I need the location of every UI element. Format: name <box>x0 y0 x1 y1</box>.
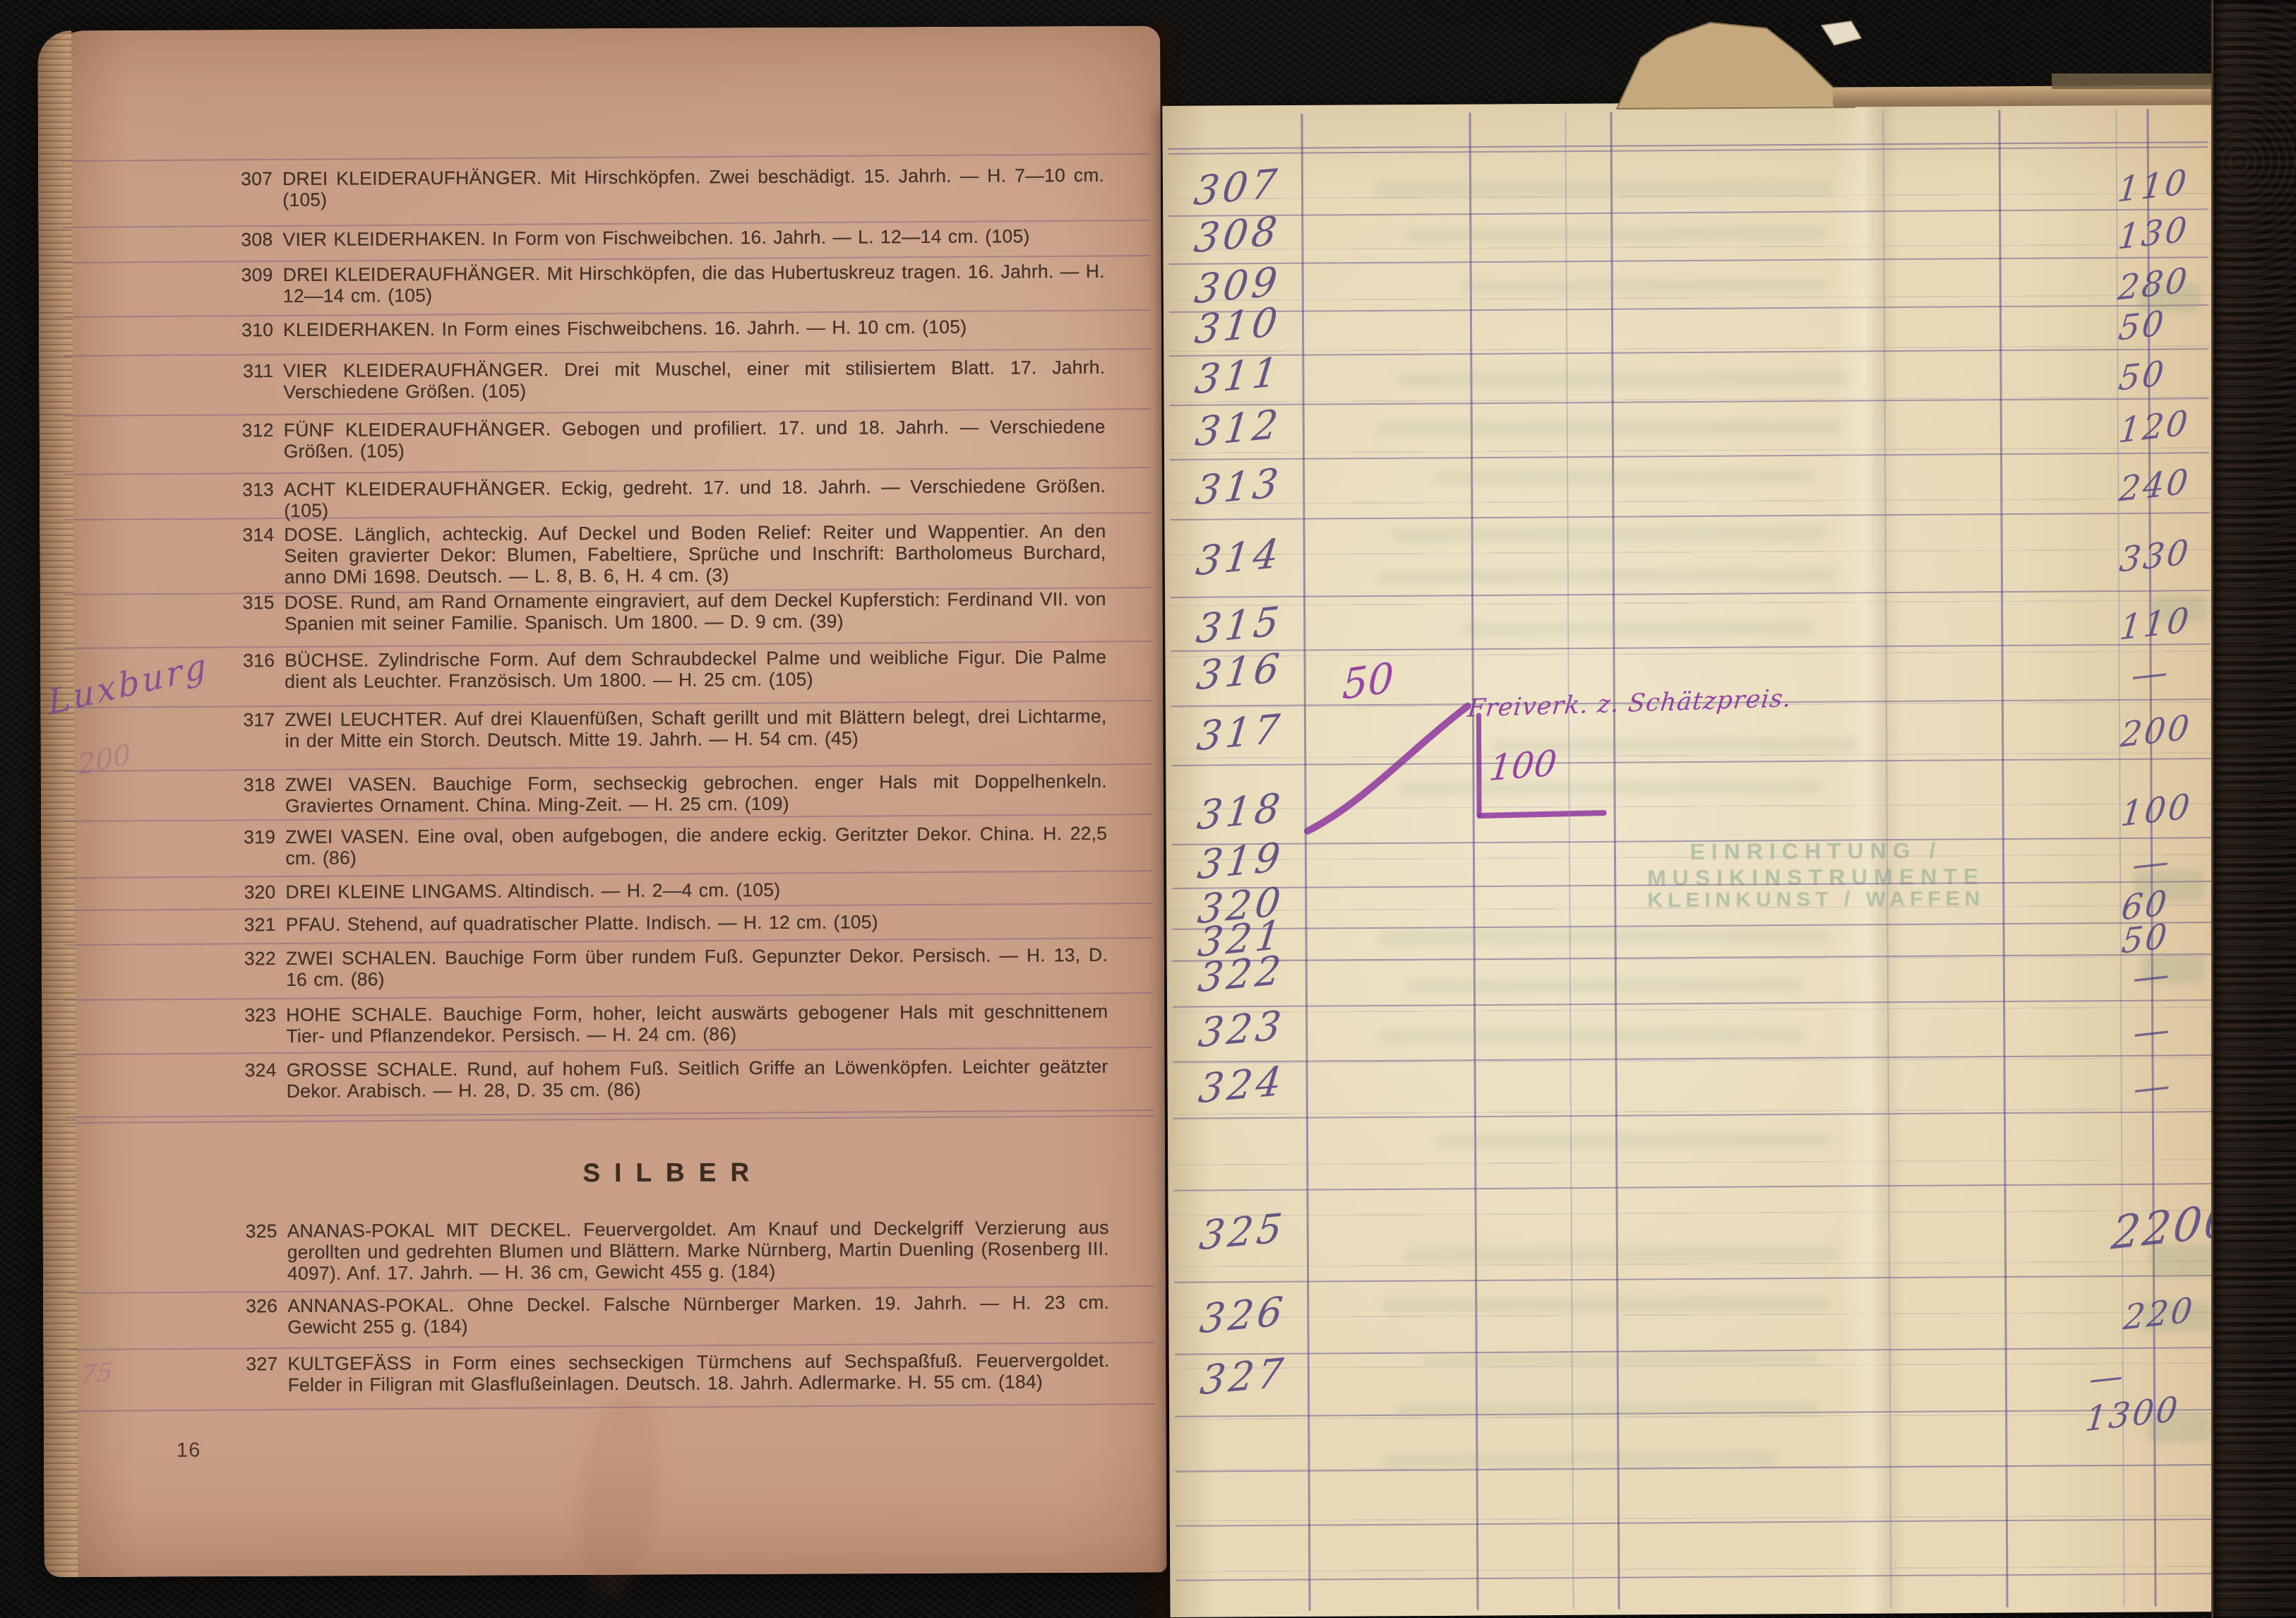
bleedthrough-smudge <box>1375 180 1834 198</box>
catalog-entry-description: ANNANAS-POKAL. Ohne Deckel. Falsche Nürn… <box>287 1292 1109 1338</box>
catalog-entry: 316BÜCHSE. Zylindrische Form. Auf dem Sc… <box>235 646 1106 692</box>
bleedthrough-smudge <box>1436 1134 1831 1148</box>
catalog-entry: 309DREI KLEIDERAUFHÄNGER. Mit Hirschköpf… <box>234 261 1105 307</box>
catalog-entry-description: HOHE SCHALE. Bauchige Form, hoher, leich… <box>286 1001 1108 1047</box>
catalog-entry-description: DREI KLEINE LINGAMS. Altindisch. — H. 2—… <box>285 878 1107 903</box>
catalog-entry-description: VIER KLEIDERHAKEN. In Form von Fischweib… <box>282 225 1104 250</box>
catalog-entry: 322ZWEI SCHALEN. Bauchige Form über rund… <box>237 944 1108 990</box>
catalog-entry: 311VIER KLEIDERAUFHÄNGER. Drei mit Musch… <box>234 357 1105 403</box>
ruled-line <box>64 408 1151 417</box>
bleedthrough-smudge <box>1379 1028 1802 1042</box>
catalog-entry-lot-number: 325 <box>238 1220 277 1242</box>
bleedthrough-smudge <box>1399 780 1822 795</box>
bleedthrough-heading-2: KLEINKUNST / WAFFEN <box>1519 886 2112 913</box>
bleedthrough-smudge <box>1377 569 1836 583</box>
bleedthrough-smudge <box>1433 470 1814 484</box>
catalog-entry-lot-number: 313 <box>234 479 274 500</box>
catalog-entry-lot-number: 319 <box>236 826 275 847</box>
ruled-line <box>66 992 1153 1001</box>
catalog-entry-description: GROSSE SCHALE. Rund, auf hohem Fuß. Seit… <box>287 1056 1108 1102</box>
catalog-entry: 320DREI KLEINE LINGAMS. Altindisch. — H.… <box>236 878 1107 903</box>
catalog-entry-lot-number: 314 <box>234 524 274 545</box>
catalog-entry-lot-number: 321 <box>237 914 276 935</box>
catalog-entry-lot-number: 311 <box>234 360 273 381</box>
ruled-line <box>66 1047 1154 1055</box>
catalog-entry: 321PFAU. Stehend, auf quadratischer Plat… <box>237 910 1108 935</box>
catalog-entry: 310KLEIDERHAKEN. In Form eines Fischweib… <box>234 316 1105 340</box>
bleedthrough-smudge <box>1460 279 1827 294</box>
ruled-line <box>64 467 1151 475</box>
catalog-entry: 323HOHE SCHALE. Bauchige Form, hoher, le… <box>237 1001 1108 1047</box>
catalog-entry-description: ZWEI VASEN. Eine oval, oben aufgebogen, … <box>285 823 1107 869</box>
catalog-entry-description: FÜNF KLEIDERAUFHÄNGER. Gebogen und profi… <box>284 416 1106 462</box>
catalog-entry: 318ZWEI VASEN. Bauchige Form, sechseckig… <box>236 771 1107 816</box>
annotation-bracket-vertical <box>1476 713 1482 818</box>
catalog-entry-description: ZWEI LEUCHTER. Auf drei Klauenfüßen, Sch… <box>285 706 1106 751</box>
catalog-entry-description: DOSE. Rund, am Rand Ornamente eingravier… <box>285 588 1106 634</box>
catalog-entry-lot-number: 309 <box>234 264 273 285</box>
page-number: 16 <box>177 1439 201 1462</box>
catalog-entry: 325ANANAS-POKAL MIT DECKEL. Feuervergold… <box>238 1217 1109 1284</box>
bleedthrough-smudge <box>1407 978 1802 993</box>
section-heading: SILBER <box>237 1156 1108 1189</box>
catalog-entry-description: KULTGEFÄSS in Form eines sechseckigen Tü… <box>287 1350 1109 1396</box>
catalog-entry-lot-number: 308 <box>233 229 273 250</box>
left-page: SILBER 16 Luxburg 200 75 307DREI KLEIDER… <box>37 26 1167 1578</box>
ruled-line <box>62 153 1149 162</box>
bleedthrough-smudge <box>1381 1451 1776 1466</box>
catalog-entry: 313ACHT KLEIDERAUFHÄNGER. Eckig, gedreht… <box>234 475 1106 521</box>
book-cover-edge <box>2211 0 2296 1618</box>
catalog-entry-description: DOSE. Länglich, achteckig. Auf Deckel un… <box>284 521 1106 588</box>
catalog-entry: 312FÜNF KLEIDERAUFHÄNGER. Gebogen und pr… <box>234 416 1106 462</box>
catalog-entry-lot-number: 323 <box>237 1004 276 1025</box>
bleedthrough-smudge <box>1423 1352 1819 1367</box>
catalog-entry-lot-number: 310 <box>234 319 273 340</box>
catalog-entry-lot-number: 315 <box>235 592 275 613</box>
catalog-entry-lot-number: 312 <box>234 420 274 441</box>
catalog-entry-lot-number: 307 <box>233 168 273 189</box>
annotation-crossed-price: 50 <box>1341 653 1394 710</box>
bleedthrough-smudge <box>1490 738 1858 753</box>
ruled-line <box>67 1342 1154 1350</box>
ruled-line <box>65 870 1152 879</box>
ledger-price: —1300 <box>2083 1347 2204 1439</box>
catalog-entry-description: DREI KLEIDERAUFHÄNGER. Mit Hirschköpfen,… <box>283 261 1105 307</box>
catalog-entry-description: DREI KLEIDERAUFHÄNGER. Mit Hirschköpfen.… <box>282 165 1104 210</box>
margin-note-faint-200: 200 <box>77 738 132 783</box>
catalog-entry-description: VIER KLEIDERAUFHÄNGER. Drei mit Muschel,… <box>283 357 1105 403</box>
catalog-entry-lot-number: 320 <box>236 881 275 903</box>
catalog-entry-description: KLEIDERHAKEN. In Form eines Fischweibche… <box>283 316 1105 340</box>
catalog-entry-lot-number: 326 <box>238 1295 277 1316</box>
catalog-entry-description: ZWEI SCHALEN. Bauchige Form über rundem … <box>286 944 1108 990</box>
catalog-entry: 307DREI KLEIDERAUFHÄNGER. Mit Hirschköpf… <box>233 165 1104 210</box>
book-photo: SILBER 16 Luxburg 200 75 307DREI KLEIDER… <box>0 0 2296 1618</box>
catalog-entry: 327KULTGEFÄSS in Form eines sechseckigen… <box>238 1350 1109 1396</box>
catalog-entry-lot-number: 327 <box>238 1353 277 1374</box>
ruled-line <box>66 903 1153 911</box>
catalog-entry: 308VIER KLEIDERHAKEN. In Form von Fischw… <box>233 225 1104 250</box>
catalog-entry: 326ANNANAS-POKAL. Ohne Deckel. Falsche N… <box>238 1292 1109 1338</box>
bleedthrough-smudge <box>1379 929 1831 945</box>
catalog-entry-description: PFAU. Stehend, auf quadratischer Platte.… <box>286 910 1108 935</box>
ruled-line <box>63 348 1150 357</box>
bleedthrough-smudge <box>1401 1247 1839 1263</box>
water-stain <box>569 1387 670 1600</box>
catalog-entry: 315DOSE. Rund, am Rand Ornamente eingrav… <box>235 588 1106 634</box>
catalog-entry-lot-number: 318 <box>236 774 275 795</box>
catalog-entry-description: ZWEI VASEN. Bauchige Form, sechseckig ge… <box>285 771 1107 816</box>
right-page: EINRICHTUNG / MUSIKINSTRUMENTE KLEINKUNS… <box>1162 100 2219 1617</box>
page-stack-top-strip-2 <box>2052 73 2225 89</box>
bleedthrough-smudge <box>1395 1402 1819 1417</box>
catalog-entry-description: ANANAS-POKAL MIT DECKEL. Feuervergoldet.… <box>287 1217 1109 1284</box>
bleedthrough-smudge <box>1391 526 1829 542</box>
bleedthrough-smudge <box>1403 226 1826 242</box>
margin-note-faint-75: 75 <box>79 1357 113 1391</box>
catalog-entry-description: ACHT KLEIDERAUFHÄNGER. Eckig, gedreht. 1… <box>284 475 1106 521</box>
bleedthrough-smudge <box>1461 621 1814 636</box>
catalog-entry: 324GROSSE SCHALE. Rund, auf hohem Fuß. S… <box>237 1056 1108 1102</box>
catalog-entry-lot-number: 316 <box>235 650 275 671</box>
bleedthrough-smudge <box>1376 420 1842 436</box>
catalog-entry: 317ZWEI LEUCHTER. Auf drei Klauenfüßen, … <box>235 706 1106 751</box>
bleedthrough-smudge <box>1380 1296 1832 1312</box>
catalog-entry-lot-number: 322 <box>237 948 276 969</box>
catalog-entry: 314DOSE. Länglich, achteckig. Auf Deckel… <box>234 521 1106 588</box>
bleedthrough-smudge <box>1397 371 1848 387</box>
catalog-entry-lot-number: 324 <box>237 1059 277 1081</box>
catalog-entry-lot-number: 317 <box>235 709 275 730</box>
catalog-entry: 319ZWEI VASEN. Eine oval, oben aufgeboge… <box>236 823 1107 869</box>
catalog-entry-description: BÜCHSE. Zylindrische Form. Auf dem Schra… <box>285 646 1106 692</box>
